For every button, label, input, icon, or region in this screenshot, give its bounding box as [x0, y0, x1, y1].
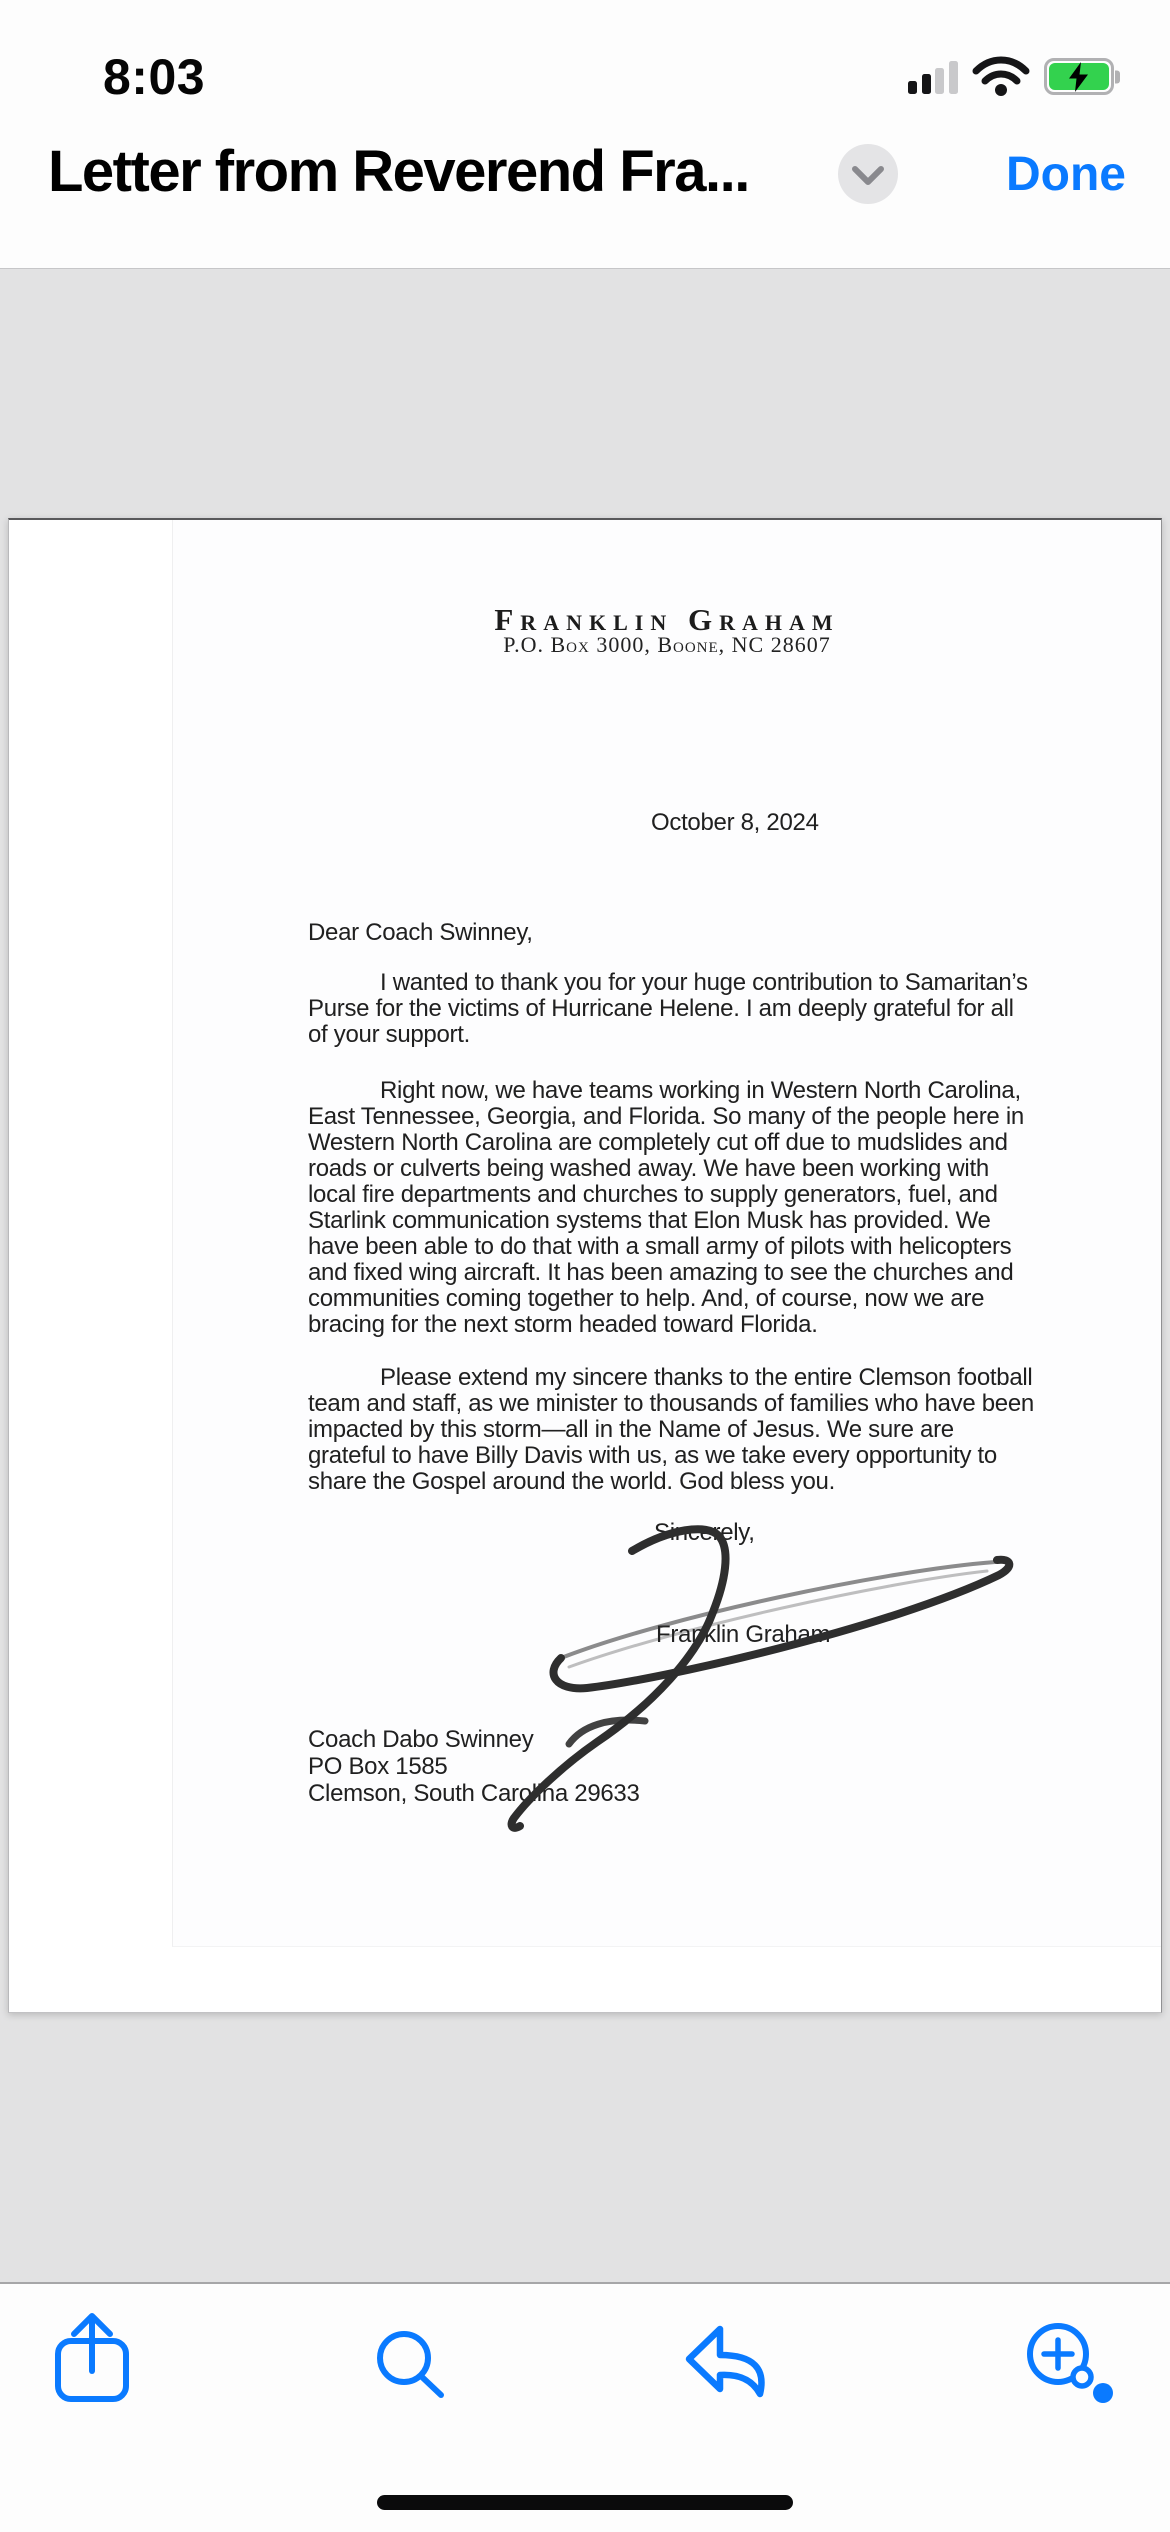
letter-salutation: Dear Coach Swinney,	[308, 920, 533, 946]
letter-paragraph-1: I wanted to thank you for your huge cont…	[308, 970, 1028, 1048]
letterhead-address: P.O. Box 3000, Boone, NC 28607	[503, 632, 830, 658]
letter-paragraph-3: Please extend my sincere thanks to the e…	[308, 1365, 1034, 1495]
markup-zoom-button[interactable]	[1022, 2320, 1116, 2411]
letter-recipient-block: Coach Dabo Swinney PO Box 1585 Clemson, …	[308, 1726, 640, 1807]
done-button[interactable]: Done	[1006, 148, 1126, 202]
markup-zoom-icon	[1022, 2320, 1116, 2408]
search-button[interactable]	[374, 2330, 448, 2405]
title-menu-button[interactable]	[838, 144, 898, 204]
letter-page: Franklin Graham P.O. Box 3000, Boone, NC…	[8, 518, 1162, 2013]
letter-closing: Sincerely,	[654, 1520, 755, 1546]
reply-button[interactable]	[682, 2323, 778, 2406]
letter-paragraph-2: Right now, we have teams working in West…	[308, 1078, 1024, 1338]
document-title: Letter from Reverend Fra...	[48, 140, 749, 204]
share-icon	[54, 2311, 130, 2403]
home-indicator[interactable]	[377, 2495, 793, 2510]
document-scroll-area[interactable]: Franklin Graham P.O. Box 3000, Boone, NC…	[0, 269, 1170, 2282]
wifi-icon	[972, 55, 1030, 102]
status-time: 8:03	[103, 48, 205, 106]
search-icon	[374, 2330, 448, 2402]
navigation-bar: Letter from Reverend Fra... Done	[0, 130, 1170, 269]
letter-signer-name: Franklin Graham	[656, 1622, 830, 1648]
iphone-screen: 8:03 Letter from Reverend Fra... D	[0, 0, 1170, 2532]
status-bar: 8:03	[0, 0, 1170, 130]
battery-charging-icon	[1044, 58, 1114, 95]
share-button[interactable]	[54, 2311, 130, 2406]
bottom-toolbar	[0, 2282, 1170, 2532]
cellular-signal-icon	[908, 58, 964, 94]
reply-icon	[682, 2323, 778, 2403]
letter-date: October 8, 2024	[651, 810, 819, 836]
chevron-down-icon	[838, 144, 898, 204]
